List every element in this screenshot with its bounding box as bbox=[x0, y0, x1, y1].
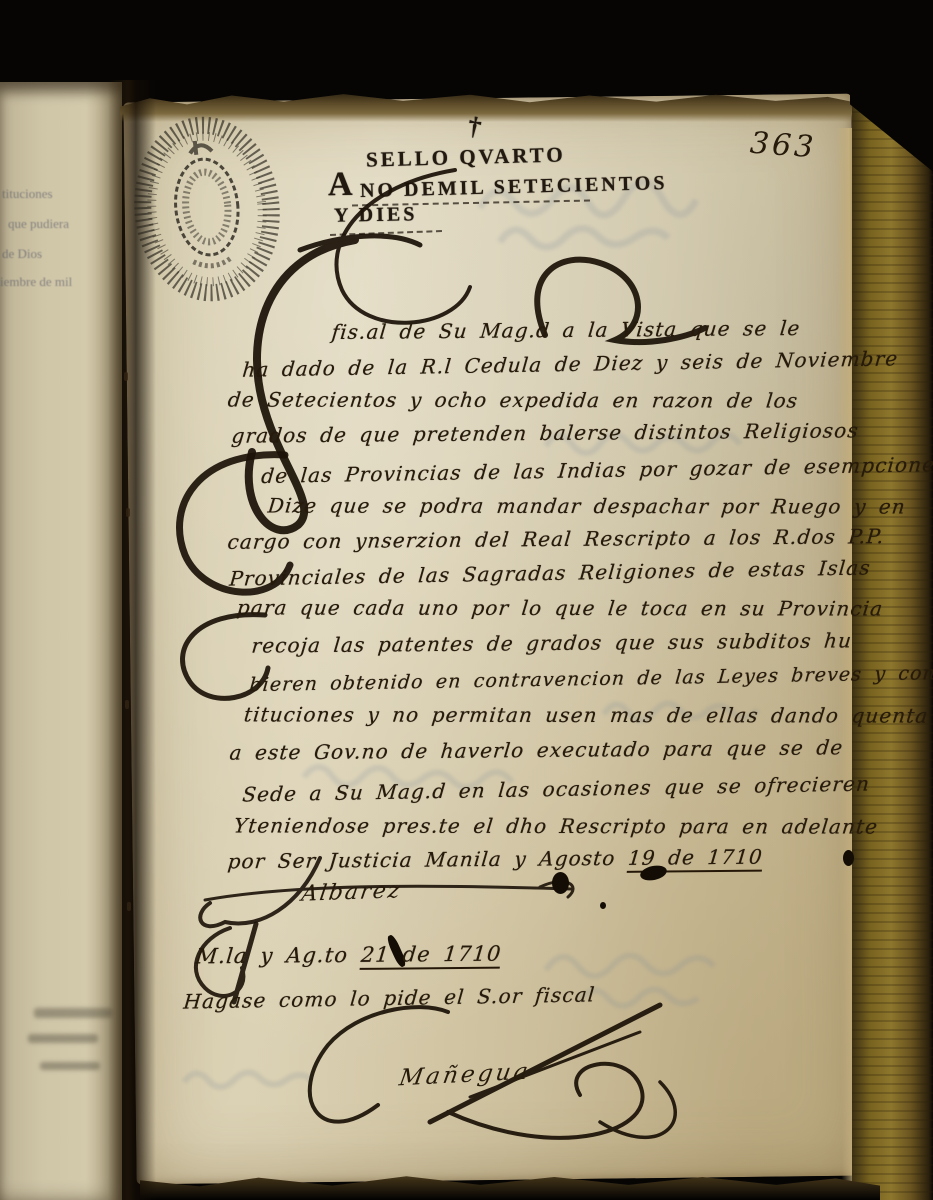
decree-date-line: M.la y Ag.to 21 de 1710 bbox=[195, 942, 503, 969]
binding-stitch bbox=[124, 372, 128, 381]
facing-page-text-smudge bbox=[34, 1008, 112, 1018]
facing-page-text-smudge bbox=[40, 1062, 100, 1070]
fiscal-signature: Albarez bbox=[300, 878, 403, 906]
binding-stitch bbox=[125, 700, 129, 709]
body-line: de Setecientos y ocho expedida en razon … bbox=[227, 388, 800, 413]
decree-place-date: M.la y Ag.to bbox=[195, 943, 362, 968]
ink-blot bbox=[552, 872, 569, 894]
facing-page-fragment: tituciones bbox=[2, 186, 53, 202]
body-line: Yteniendose pres.te el dho Rescripto par… bbox=[233, 813, 880, 838]
ink-blot bbox=[600, 902, 606, 909]
book-fore-edge bbox=[852, 95, 933, 1200]
facing-page-fragment: que pudiera bbox=[8, 216, 69, 232]
body-line: para que cada uno por lo que le toca en … bbox=[236, 595, 885, 620]
facing-page-fragment: de Dios bbox=[2, 246, 42, 262]
binding-stitch bbox=[127, 902, 131, 911]
body-line: fis.al de Su Mag.d a la Vista que se le bbox=[331, 316, 802, 344]
decree-date-underlined: 21 de 1710 bbox=[360, 942, 503, 970]
facing-page-text-smudge bbox=[28, 1034, 98, 1043]
ink-blot bbox=[843, 850, 854, 866]
binding-stitch bbox=[126, 508, 130, 517]
body-line: tituciones y no permitan usen mas de ell… bbox=[243, 702, 930, 727]
facing-page-fragment: iembre de mil bbox=[0, 274, 72, 290]
body-line: Dize que se podra mandar despachar por R… bbox=[267, 493, 907, 518]
manuscript-photo: tituciones que pudiera de Dios iembre de… bbox=[0, 0, 933, 1200]
